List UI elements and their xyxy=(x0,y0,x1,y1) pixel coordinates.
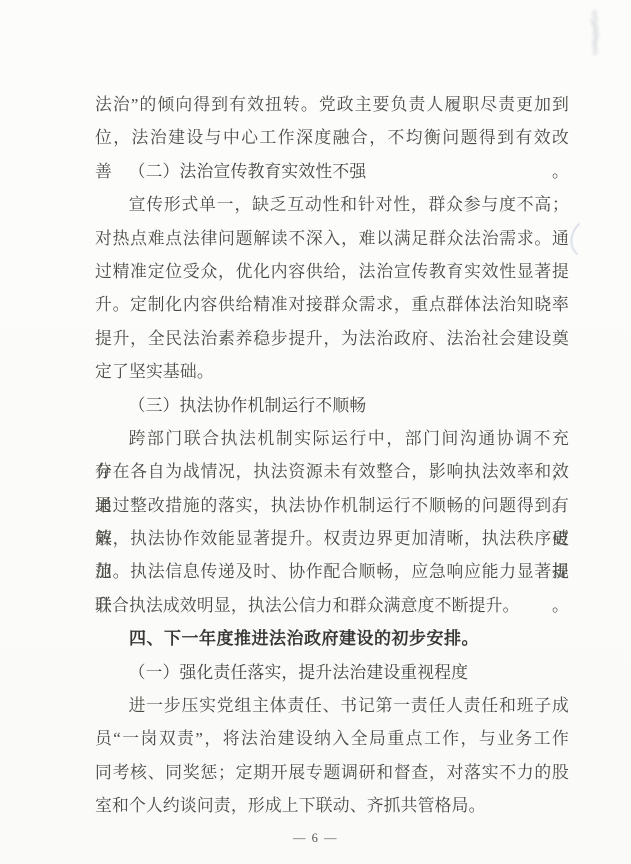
document-body: 法治”的倾向得到有效扭转。党政主要负责人履职尽责更加到 位，法治建设与中心工作深… xyxy=(95,88,569,823)
section-heading-4: 四、下一年度推进法治政府建设的初步安排。 xyxy=(95,622,569,655)
text-line: 法治”的倾向得到有效扭转。党政主要负责人履职尽责更加到 xyxy=(95,88,569,121)
text-line: 解，执法协作效能显著提升。权责边界更加清晰，执法秩序更加规 xyxy=(95,522,569,555)
text-line: 提升，全民法治素养稳步提升，为法治政府、法治社会建设奠 xyxy=(95,322,569,355)
page-number: — 6 — xyxy=(0,831,631,846)
ink-smudge-artifact xyxy=(583,10,609,62)
text-line: 同考核、同奖惩；定期开展专题调研和督查，对落实不力的股 xyxy=(95,756,569,789)
text-line: 员“一岗双责”，将法治建设纳入全局重点工作，与业务工作 xyxy=(95,722,569,755)
subheading-1: （一）强化责任落实，提升法治建设重视程度 xyxy=(95,656,569,689)
text-line: 升。定制化内容供给精准对接群众需求，重点群体法治知晓率 xyxy=(95,288,569,321)
text-line: 室和个人约谈问责，形成上下联动、齐抓共管格局。 xyxy=(95,789,569,822)
document-page: 法治”的倾向得到有效扭转。党政主要负责人履职尽责更加到 位，法治建设与中心工作深… xyxy=(0,0,631,864)
text-line: 宣传形式单一，缺乏互动性和针对性，群众参与度不高； xyxy=(95,188,569,221)
text-line: 位，法治建设与中心工作深度融合，不均衡问题得到有效改善。 xyxy=(95,121,569,154)
text-line: 联合执法成效明显，执法公信力和群众满意度不断提升。 xyxy=(95,589,569,622)
text-line: 定了坚实基础。 xyxy=(95,355,569,388)
text-line: 存在各自为战情况，执法资源未有效整合，影响执法效率和效果。 xyxy=(95,455,569,488)
text-line: 对热点难点法律问题解读不深入，难以满足群众法治需求。通 xyxy=(95,222,569,255)
text-line: 过精准定位受众，优化内容供给，法治宣传教育实效性显著提 xyxy=(95,255,569,288)
subheading-3: （三）执法协作机制运行不顺畅 xyxy=(95,389,569,422)
text-line: 范。执法信息传递及时、协作配合顺畅，应急响应能力显著提升。 xyxy=(95,555,569,588)
text-line: 进一步压实党组主体责任、书记第一责任人责任和班子成 xyxy=(95,689,569,722)
text-line: 跨部门联合执法机制实际运行中，部门间沟通协调不充分， xyxy=(95,422,569,455)
text-line: 通过整改措施的落实，执法协作机制运行不顺畅的问题得到有效破 xyxy=(95,489,569,522)
